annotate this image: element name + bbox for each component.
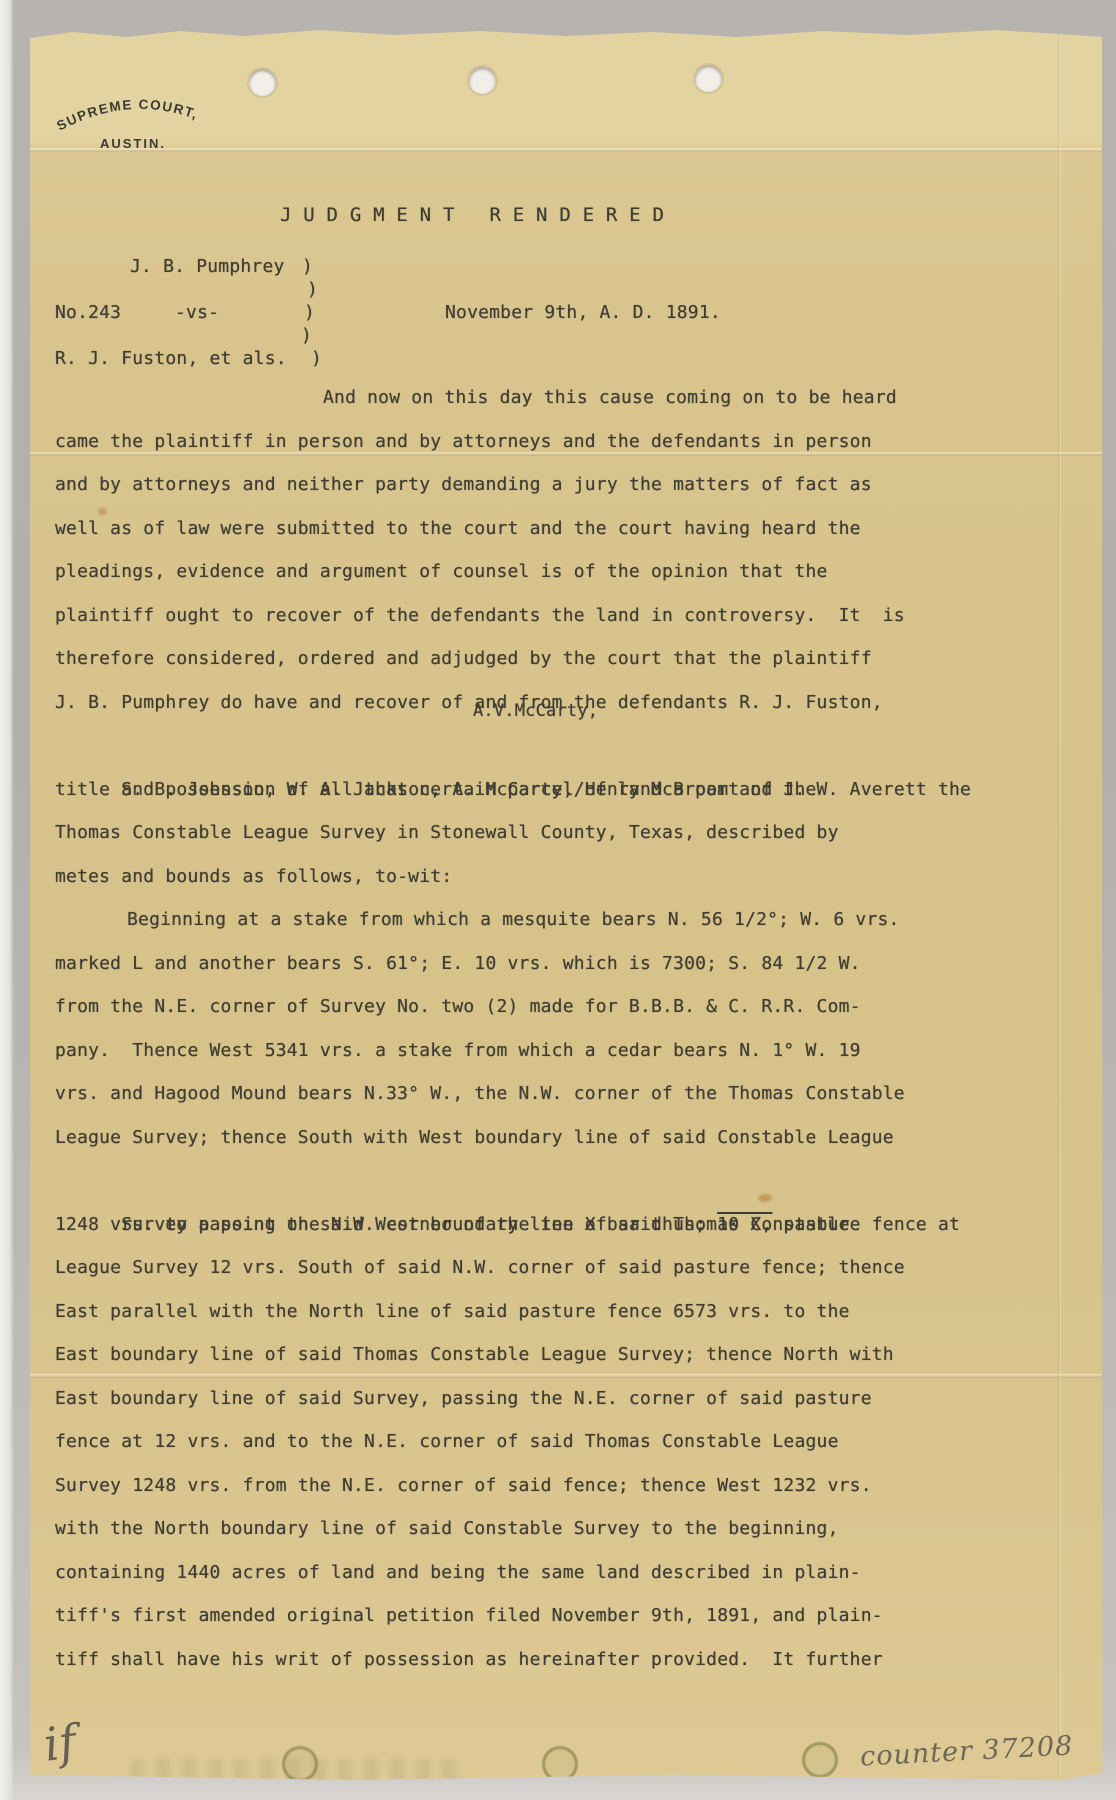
body-line: fence at 12 vrs. and to the N.E. corner … [55, 1420, 1075, 1464]
caption-bracket: ) [307, 279, 318, 300]
body-line: well as of law were submitted to the cou… [55, 507, 1075, 551]
caption-bracket: ) [304, 302, 315, 323]
scanned-court-document: { "colors": { "paper": "#d9c48e", "paper… [0, 0, 1116, 1800]
judgment-date: November 9th, A. D. 1891. [445, 302, 721, 323]
body-line: plaintiff ought to recover of the defend… [55, 594, 1075, 638]
body-line: East parallel with the North line of sai… [55, 1290, 1075, 1334]
body-line: vrs. and Hagood Mound bears N.33° W., th… [55, 1072, 1075, 1116]
body-line: marked L and another bears S. 61°; E. 10… [55, 942, 1075, 986]
body-line: League Survey; thence South with West bo… [55, 1116, 1075, 1160]
body-line: Thomas Constable League Survey in Stonew… [55, 811, 1075, 855]
paper-stain [98, 508, 107, 515]
body-line-with-overline: Survey passing the N.W. corner of the te… [55, 1159, 1075, 1203]
body-line: pleadings, evidence and argument of coun… [55, 550, 1075, 594]
page-title: J U D G M E N T R E N D E R E D [280, 204, 664, 226]
body-line: therefore considered, ordered and adjudg… [55, 637, 1075, 681]
body-line: Beginning at a stake from which a mesqui… [55, 898, 1075, 942]
paper-stain [758, 1194, 772, 1202]
plaintiff-name: J. B. Pumphrey [130, 256, 285, 277]
defendant-name: R. J. Fuston, et als. [55, 348, 287, 369]
interlineation-text: A.V.McCarty, [473, 703, 598, 720]
punch-hole [249, 69, 276, 96]
punch-ring [542, 1746, 578, 1782]
body-line: tiff shall have his writ of possession a… [55, 1638, 1075, 1682]
body-line: Survey 1248 vrs. from the N.E. corner of… [55, 1464, 1075, 1508]
body-line: East boundary line of said Thomas Consta… [55, 1333, 1075, 1377]
punch-hole [469, 67, 496, 94]
case-number: No.243 [55, 302, 121, 323]
handwritten-mark: if [40, 1714, 79, 1772]
punch-ring [802, 1742, 838, 1778]
body-line: from the N.E. corner of Survey No. two (… [55, 985, 1075, 1029]
body-line: League Survey 12 vrs. South of said N.W.… [55, 1246, 1075, 1290]
body-line: metes and bounds as follows, to-wit: [55, 855, 1075, 899]
punch-ring [282, 1746, 318, 1782]
caption-bracket: ) [302, 256, 313, 277]
handwritten-counter-number: counter 37208 [859, 1730, 1074, 1772]
supreme-court-stamp: SUPREME COURT, AUSTIN. [48, 86, 228, 158]
body-line: pany. Thence West 5341 vrs. a stake from… [55, 1029, 1075, 1073]
body-line: with the North boundary line of said Con… [55, 1507, 1075, 1551]
svg-text:SUPREME COURT,: SUPREME COURT, [54, 97, 200, 134]
body-line: containing 1440 acres of land and being … [55, 1551, 1075, 1595]
punch-hole [695, 65, 722, 92]
body-line-with-interlineation: S. B. Johnson, W. A. Jackson, A. McCarty… [55, 724, 1075, 768]
stamp-line2: AUSTIN. [100, 136, 166, 151]
document-page: SUPREME COURT, AUSTIN. J U D G M E N T R… [30, 28, 1102, 1780]
body-line: And now on this day this cause coming on… [55, 376, 1075, 420]
body-line: East boundary line of said Survey, passi… [55, 1377, 1075, 1421]
caption-bracket: ) [301, 325, 312, 346]
body-line: came the plaintiff in person and by atto… [55, 420, 1075, 464]
stamp-line1: SUPREME COURT, [54, 97, 200, 134]
body-line: 1248 vrs. to a point on said West bounda… [55, 1203, 1075, 1247]
body-line: title and possession of all that certain… [55, 768, 1075, 812]
judgment-body: And now on this day this cause coming on… [55, 376, 1075, 1681]
caption-bracket: ) [311, 348, 322, 369]
body-line: tiff's first amended original petition f… [55, 1594, 1075, 1638]
body-line: and by attorneys and neither party deman… [55, 463, 1075, 507]
vs-label: -vs- [175, 302, 219, 323]
